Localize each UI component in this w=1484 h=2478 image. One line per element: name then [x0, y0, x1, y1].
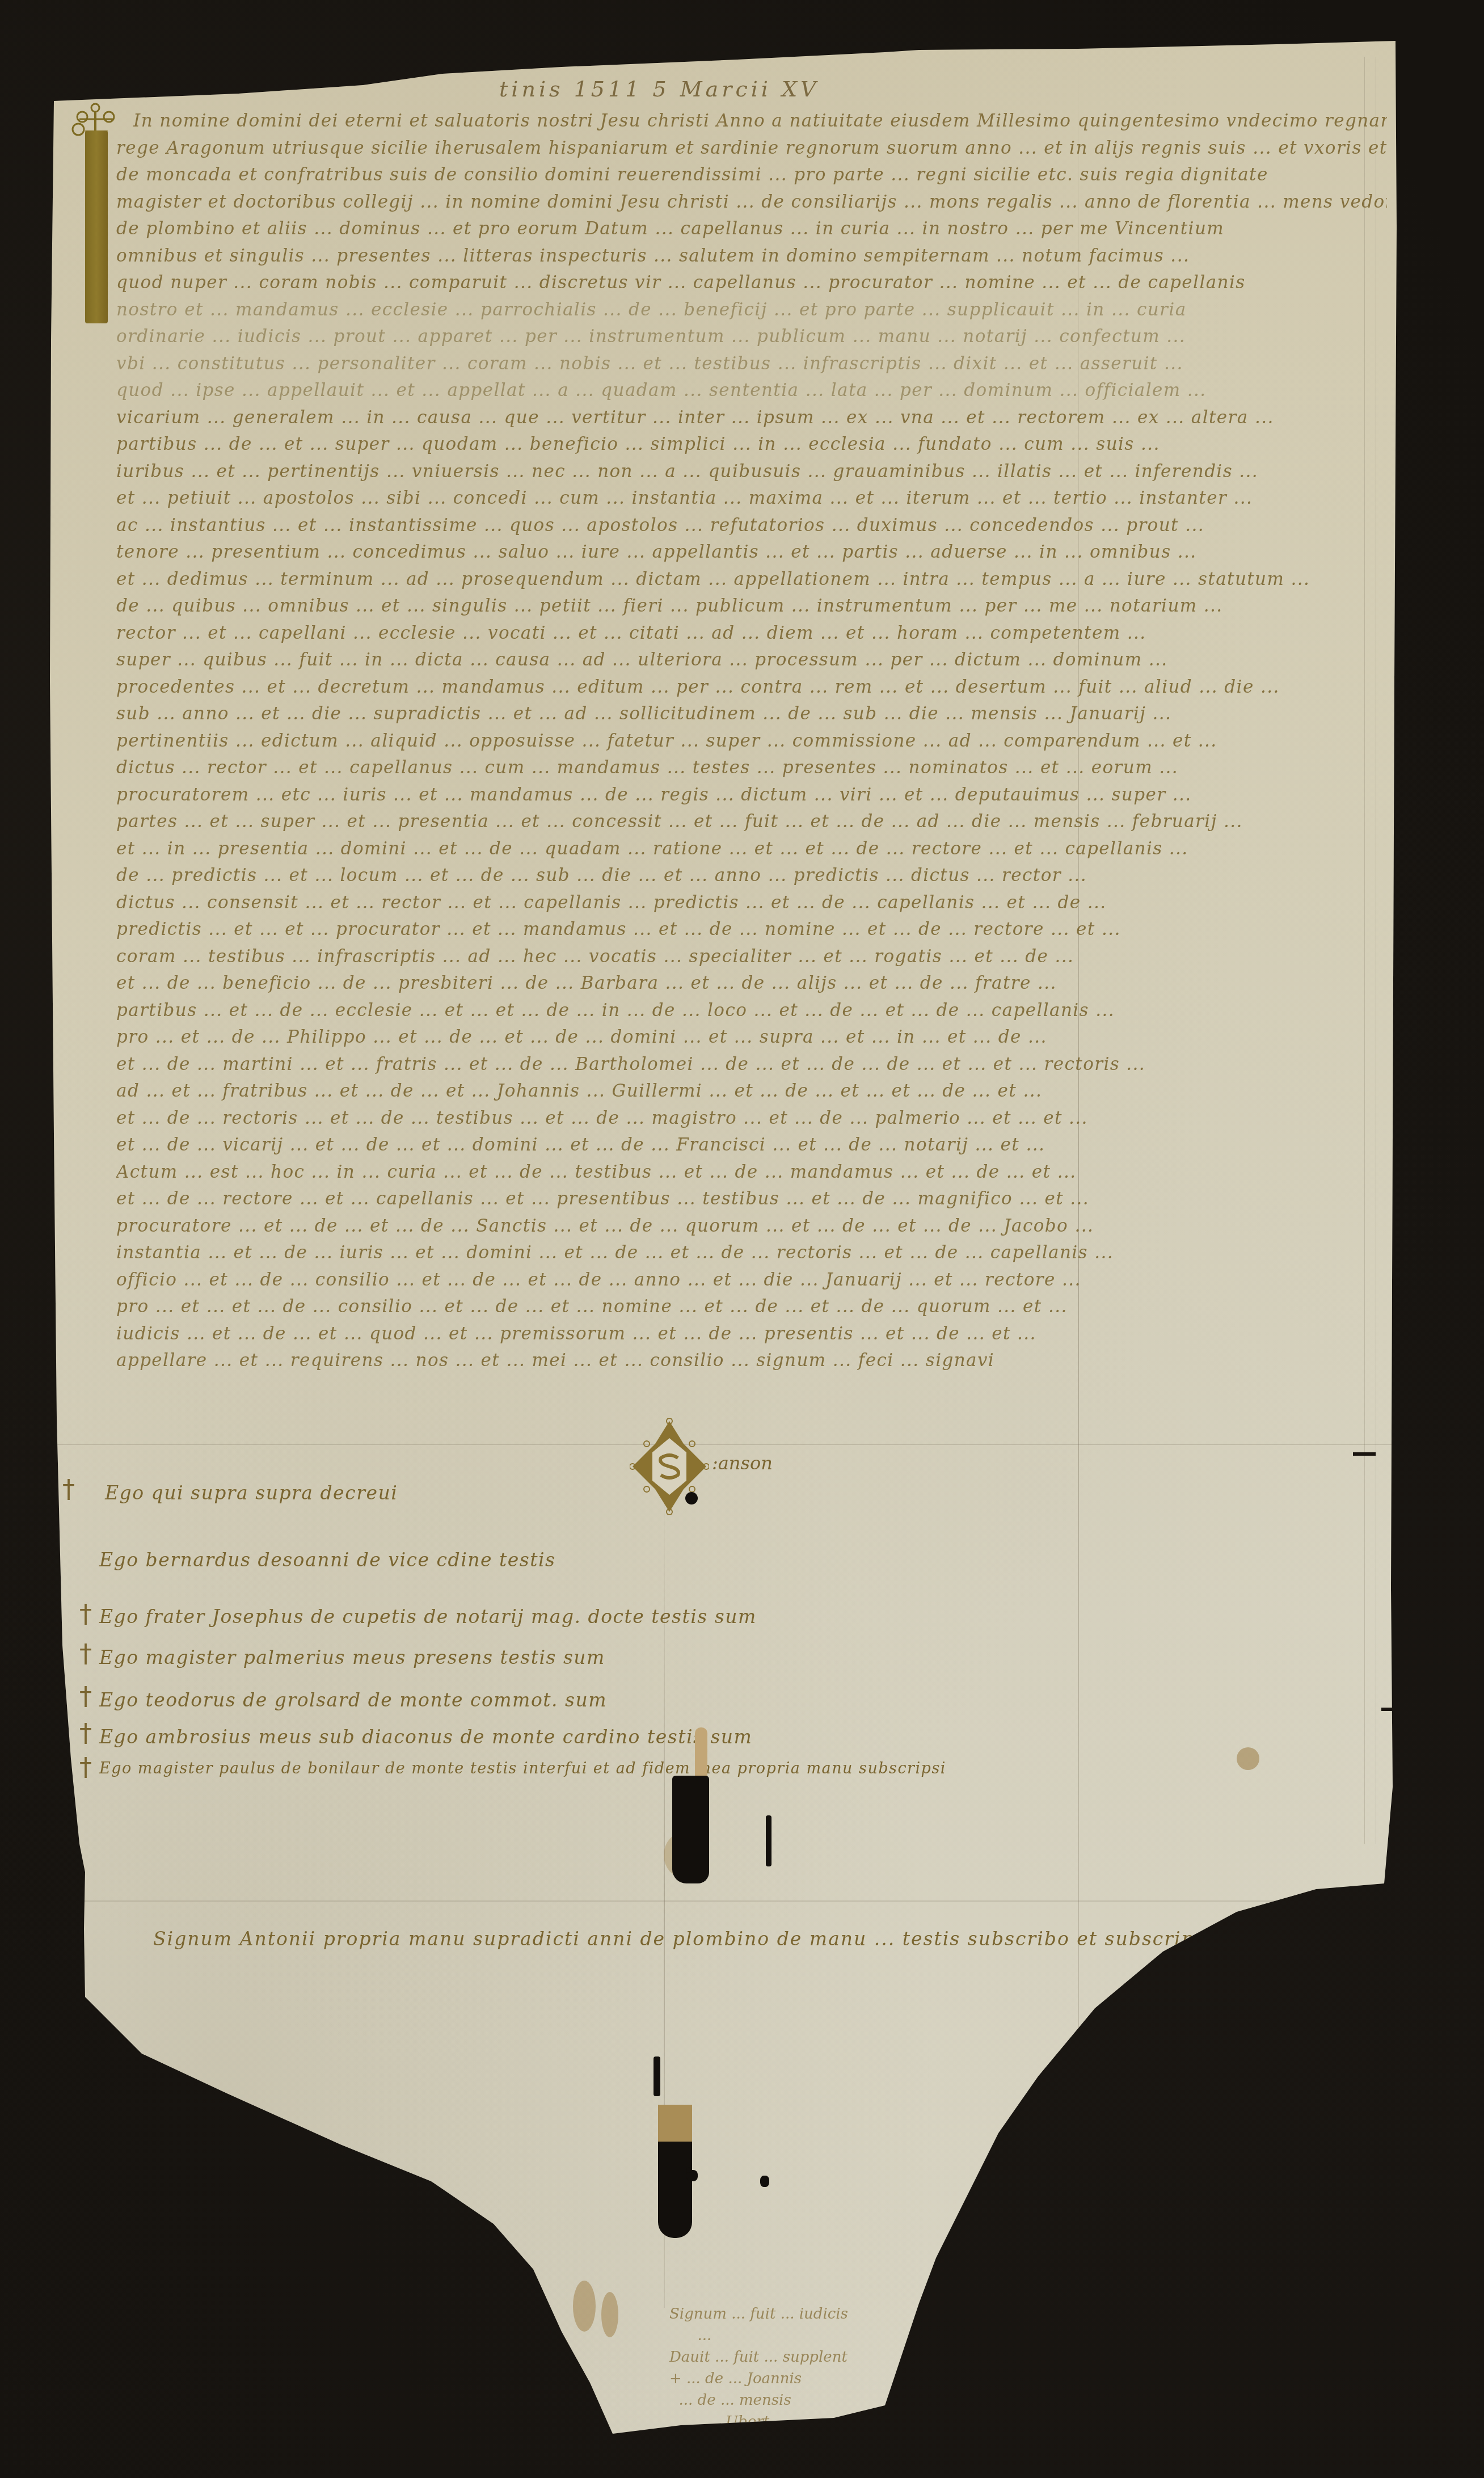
archival-date-note: tinis 1511 5 Marcii XV: [499, 77, 820, 102]
text-line: vicarium ... generalem ... in ... causa …: [116, 404, 1387, 432]
seal-tag-strip: [695, 1727, 707, 1779]
seal-slit: [766, 1815, 771, 1866]
seal-tag-note: Signum ... fuit ... iudicis ... Dauit ..…: [669, 2303, 848, 2433]
text-line: officio ... et ... de ... consilio ... e…: [116, 1267, 1387, 1294]
edge-mark: [1353, 1452, 1376, 1456]
stain: [573, 2281, 596, 2332]
text-line: et ... petiuit ... apostolos ... sibi ..…: [116, 485, 1387, 512]
cross-mark-icon: †: [79, 1682, 92, 1711]
text-line: iuribus ... et ... pertinentijs ... vniu…: [116, 458, 1387, 486]
seal-slit-lower: [654, 2056, 660, 2096]
text-line: quod ... ipse ... appellauit ... et ... …: [116, 377, 1387, 404]
small-hole: [685, 1492, 698, 1504]
text-line: ac ... instantius ... et ... instantissi…: [116, 512, 1387, 540]
stain: [601, 2292, 618, 2337]
stain: [1237, 1747, 1259, 1770]
text-line: instantia ... et ... de ... iuris ... et…: [116, 1240, 1387, 1267]
text-line: quod nuper ... coram nobis ... comparuit…: [116, 269, 1387, 297]
text-line: pro ... et ... et ... de ... consilio ..…: [116, 1293, 1387, 1321]
seal-tag-strip-lower: [658, 2105, 692, 2144]
signature-line: Ego qui supra supra decreui: [105, 1482, 398, 1504]
signature-line: Ego frater Josephus de cupetis de notari…: [99, 1605, 757, 1628]
text-line: ad ... et ... fratribus ... et ... de ..…: [116, 1078, 1387, 1105]
text-line: procedentes ... et ... decretum ... mand…: [116, 674, 1387, 701]
text-line: pro ... et ... de ... Philippo ... et ..…: [116, 1024, 1387, 1051]
text-line: de plombino et aliis ... dominus ... et …: [116, 216, 1387, 243]
text-line: predictis ... et ... et ... procurator .…: [116, 916, 1387, 943]
seal-hole-lower: [658, 2142, 692, 2238]
text-line: et ... de ... rectoris ... et ... de ...…: [116, 1105, 1387, 1132]
parchment-document: tinis 1511 5 Marcii XV In nomine domini …: [0, 0, 1484, 2478]
cross-mark-icon: †: [79, 1753, 92, 1782]
text-line: omnibus et singulis ... presentes ... li…: [116, 243, 1387, 270]
text-line: et ... de ... vicarij ... et ... de ... …: [116, 1132, 1387, 1159]
text-line: partibus ... de ... et ... super ... quo…: [116, 431, 1387, 458]
text-line: Actum ... est ... hoc ... in ... curia .…: [116, 1159, 1387, 1186]
signature-line: Ego teodorus de grolsard de monte commot…: [99, 1689, 607, 1711]
text-line: sub ... anno ... et ... die ... supradic…: [116, 701, 1387, 728]
text-line: appellare ... et ... requirens ... nos .…: [116, 1347, 1387, 1375]
charter-body-text: In nomine domini dei eterni et saluatori…: [116, 108, 1387, 1375]
edge-mark: [1381, 1708, 1393, 1711]
text-line: de moncada et confratribus suis de consi…: [116, 162, 1387, 189]
cross-mark-icon: †: [79, 1600, 92, 1629]
closing-subscription: Signum Antonii propria manu supradicti a…: [153, 1928, 1241, 1950]
cross-mark-icon: †: [62, 1475, 75, 1504]
small-hole: [685, 2167, 686, 2168]
text-line: pertinentiis ... edictum ... aliquid ...…: [116, 728, 1387, 755]
small-hole: [686, 2167, 687, 2168]
text-line: iudicis ... et ... de ... et ... quod ..…: [116, 1321, 1387, 1348]
text-line: de ... predictis ... et ... locum ... et…: [116, 862, 1387, 890]
signature-line: Ego bernardus desoanni de vice cdine tes…: [99, 1549, 555, 1571]
text-line: rector ... et ... capellani ... ecclesie…: [116, 620, 1387, 647]
text-line: et ... de ... rectore ... et ... capella…: [116, 1186, 1387, 1213]
horizontal-fold-line: [54, 1444, 1393, 1445]
text-line: In nomine domini dei eterni et saluatori…: [116, 108, 1387, 135]
text-line: et ... dedimus ... terminum ... ad ... p…: [116, 566, 1387, 593]
cross-mark-icon: †: [79, 1640, 92, 1668]
seal-hole: [672, 1776, 709, 1883]
text-line: nostro et ... mandamus ... ecclesie ... …: [116, 297, 1387, 324]
text-line: vbi ... constitutus ... personaliter ...…: [116, 351, 1387, 378]
text-line: dictus ... rector ... et ... capellanus …: [116, 755, 1387, 782]
text-line: procuratore ... et ... de ... et ... de …: [116, 1213, 1387, 1240]
horizontal-fold-line-lower: [54, 1900, 1393, 1902]
text-line: et ... de ... martini ... et ... fratris…: [116, 1051, 1387, 1078]
text-line: partibus ... et ... de ... ecclesie ... …: [116, 997, 1387, 1025]
parchment-sheet: tinis 1511 5 Marcii XV In nomine domini …: [0, 0, 1484, 2478]
text-line: coram ... testibus ... infrascriptis ...…: [116, 943, 1387, 971]
signature-line: Ego magister paulus de bonilaur de monte…: [99, 1760, 946, 1777]
text-line: procuratorem ... etc ... iuris ... et ..…: [116, 782, 1387, 809]
text-line: magister et doctoribus collegij ... in n…: [116, 189, 1387, 216]
signature-line: Ego magister palmerius meus presens test…: [99, 1646, 605, 1668]
text-line: de ... quibus ... omnibus ... et ... sin…: [116, 593, 1387, 620]
text-line: et ... de ... beneficio ... de ... presb…: [116, 970, 1387, 997]
text-line: et ... in ... presentia ... domini ... e…: [116, 836, 1387, 863]
notary-name: :anson: [712, 1452, 773, 1474]
text-line: super ... quibus ... fuit ... in ... dic…: [116, 647, 1387, 674]
text-line: rege Aragonum utriusque sicilie iherusal…: [116, 135, 1387, 162]
cross-mark-icon: †: [79, 1719, 92, 1748]
illuminated-initial-I: [85, 130, 108, 323]
text-line: partes ... et ... super ... et ... prese…: [116, 808, 1387, 836]
text-line: dictus ... consensit ... et ... rector .…: [116, 890, 1387, 917]
small-hole: [688, 2168, 688, 2169]
text-line: ordinarie ... iudicis ... prout ... appa…: [116, 323, 1387, 351]
signature-line: Ego ambrosius meus sub diaconus de monte…: [99, 1726, 752, 1748]
text-line: tenore ... presentium ... concedimus ...…: [116, 539, 1387, 566]
small-hole: [760, 2176, 769, 2187]
